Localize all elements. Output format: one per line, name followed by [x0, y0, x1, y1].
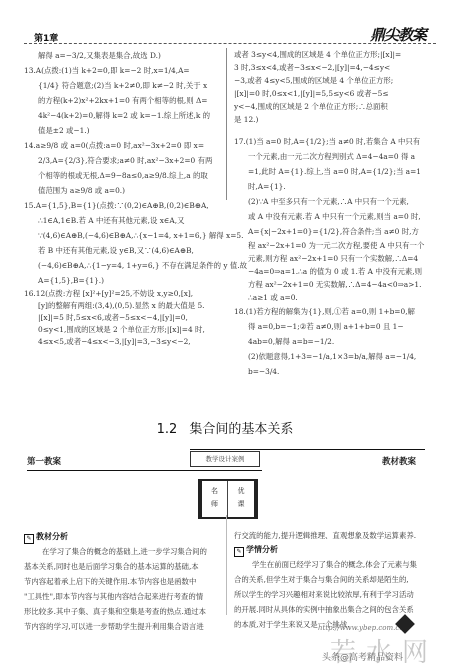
analysis-line: "工具性",即本节内容与其他内容结合起来进行考查的情: [24, 589, 224, 604]
banner-left-label: 第一教案: [27, 455, 61, 467]
answer-line: |[x]|=0 时,0≤x<1,|[y]|=5,5≤y<6 或者−5≤: [234, 87, 442, 100]
textbook-analysis: ✎教材分析 在学习了集合的概念的基础上,进一步学习集合间的 基本关系,同时也是后…: [24, 530, 224, 634]
answer-line: 14.a≥9/8 或 a=0(点拨:a=0 时,ax²−3x+2=0 即 x=: [24, 138, 224, 153]
analysis-line: 在学习了集合的概念的基础上,进一步学习集合间的: [24, 544, 224, 559]
answer-line: 4ab=0,解得 a=b=−1/2.: [234, 334, 442, 349]
answer-line: |[x]|=5 时,5≤x<6,或者−5≤x<−4,|[y]|=0,: [24, 312, 224, 324]
answer-line: −4a=0⇒a=1.∴a 的值为 0 或 1.若 A 中没有元素,则: [234, 265, 442, 278]
analysis-continuation: 行交流的能力,提升逻辑推理、直观想象及数学运算素养.: [234, 528, 442, 543]
analysis-line: 学生在前面已经学习了集合的概念,体会了元素与集: [234, 557, 442, 572]
answer-line: 16.12(点拨:方程 [x]²+[y]²=25,不妨设 x,y≥0,[x],: [24, 288, 224, 300]
analysis-heading: ✎教材分析: [24, 530, 224, 544]
analysis-line: 节内容的学习,可以进一步帮助学生提升利用集合语言进: [24, 619, 224, 634]
answer-line: 一个元素,由一元二次方程判别式 Δ=4−4a=0 得 a: [234, 149, 442, 164]
answer-line: 2/3,A={2/3},符合要求;a≠0 时,ax²−3x+2=0 有两: [24, 153, 224, 168]
answer-line: (2)依题意得,1+3=−1/a,1×3=b/a,解得 a=−1/4,: [234, 349, 442, 364]
answer-line: {1/4} 符合题意;(2)当 k+2≠0,即 k≠−2 时,关于 x: [24, 78, 224, 93]
answer-line: A={1,5},B={1}.): [24, 273, 224, 288]
answer-line: 3 时,3≤x<4,或者−3≤x<−2,|[y]|=4,−4≤y<: [234, 61, 442, 74]
answer-line: 值是±2 或−1.): [24, 123, 224, 138]
banner-right-label: 教材教案: [382, 455, 416, 467]
answer-line: 18.(1)若方程的解集为{1},则,①若 a=0,则 1+b=0,解: [234, 304, 442, 319]
pen-box-icon: ✎: [24, 534, 34, 544]
answer-line: (−4,6)∈B⊕A,∴{1−y=4, 1+y=6,} 不存在满足条件的 y 值…: [24, 258, 224, 273]
scroll-banner-icon: 教学设计案例: [190, 451, 260, 467]
section-title: 1.2集合间的基本关系: [0, 418, 450, 437]
answer-line: 方程 ax²−2x+1=0 无实数解,∴Δ=4−4a<0⇒a>1.: [234, 278, 442, 291]
answer-line: b=−3/4.: [234, 364, 442, 379]
book-left-page: 名 师: [202, 481, 228, 517]
analysis-line: 节内容起着承上启下的关键作用.本节内容也是函数中: [24, 574, 224, 589]
answer-line: y<−4,围成的区域是 2 个单位正方形;∴总面积: [234, 100, 442, 113]
student-analysis-heading: ✎学情分析: [234, 543, 442, 557]
banner-rule-top: [190, 449, 425, 450]
brand-logo: 鼎尖教案: [370, 24, 426, 45]
answer-line: 值范围为 a≥9/8 或 a=0.): [24, 183, 224, 198]
analysis-heading-text: 教材分析: [36, 532, 68, 541]
answer-line: ∴1∈A,1∈B.若 A 中还有其他元素,设 x∈A,又: [24, 213, 224, 228]
answer-line: [y]的整解有两组:(3,4),(0,5).显然 x 的最大值是 5.: [24, 300, 224, 312]
answer-line: 13.A(点拨:(1)当 k+2=0,即 k=−2 时,x=1/4,A=: [24, 63, 224, 78]
answer-line: 4≤x<5,或者−4≤x<−3,|[y]|=3,−3≤y<−2,: [24, 336, 224, 348]
answer-line: 的方程(k+2)x²+2kx+1=0 有两个相等的根,则 Δ=: [24, 93, 224, 108]
column-divider: [226, 48, 227, 200]
section-name: 集合间的基本关系: [189, 422, 293, 437]
right-answers: 或者 3≤y<4,围成的区域是 4 个单位正方形;|[x]|= 3 时,3≤x<…: [234, 48, 442, 379]
analysis-line: 基本关系,同时也是后面学习集合的基本运算的基础,本: [24, 559, 224, 574]
pen-box-icon: ✎: [234, 547, 244, 557]
analysis-line: 形比较多.其中子集、真子集和空集是考查的热点.通过本: [24, 604, 224, 619]
header-divider: [24, 43, 436, 44]
section-number: 1.2: [157, 422, 178, 437]
analysis-line: 合的关系,但学生对于集合与集合间的关系却是陌生的,: [234, 572, 442, 587]
book-char: 优: [228, 485, 254, 498]
column-divider-lower: [226, 515, 227, 615]
answer-line: =1,此时 A={1}.综上,当 a=0 时,A={1/2};当 a=1: [234, 164, 442, 179]
answer-line: 4k²−4(k+2)=0,解得 k=2 或 k=−1.综上所述,k 的: [24, 108, 224, 123]
analysis-line: 所以学生的学习兴趣相对来说比较浓厚,有利于学习活动: [234, 587, 442, 602]
student-analysis-heading-text: 学情分析: [246, 545, 278, 554]
student-analysis: 行交流的能力,提升逻辑推理、直观想象及数学运算素养. ✎学情分析 学生在前面已经…: [234, 528, 442, 632]
analysis-line: 的开展.同时从具体的实例中抽象出集合之间的包含关系: [234, 602, 442, 617]
answer-line: 个相等的根或无根,Δ=9−8a≤0,a≥9/8.综上,a 的取: [24, 168, 224, 183]
answer-line: A={x|−2x+1=0}={1/2},符合条件;当 a≠0 时,方: [234, 224, 442, 239]
answer-line: −3,或者 4≤y<5,围成的区域是 4 个单位正方形;: [234, 74, 442, 87]
book-char: 师: [202, 498, 227, 511]
banner-rule-bottom: [27, 470, 262, 471]
watermark-caption: 头条@高考精品资料: [322, 650, 403, 663]
answer-line: 0≤y<1,围成的区域是 2 个单位正方形;|[x]|=4 时,: [24, 324, 224, 336]
answer-line: 是 12.): [234, 113, 442, 126]
answer-line: ∵(4,6)∈A⊕B,(−4,6)∈B⊕A,∴{x−1=4, x+1=6,} 解…: [24, 228, 224, 243]
book-right-page: 优 课: [228, 481, 254, 517]
answer-line: 或者 3≤y<4,围成的区域是 4 个单位正方形;|[x]|=: [234, 48, 442, 61]
answer-line: (2)∵A 中至多只有一个元素,∴A 中只有一个元素,: [234, 194, 442, 209]
answer-line: 17.(1)当 a=0 时,A={1/2};当 a≠0 时,若集合 A 中只有: [234, 134, 442, 149]
answer-line: 15.A={1,5},B={1}(点拨:∵(0,2)∈A⊕B,(0,2)∈B⊕A…: [24, 198, 224, 213]
answer-line: 元素,则方程 ax²−2x+1=0 只有一个实数解,∴Δ=4: [234, 252, 442, 265]
book-char: 名: [202, 485, 227, 498]
book-char: 课: [228, 498, 254, 511]
answer-line: 解得 a=−3/2,又集表是集合,故选 D.): [24, 48, 224, 63]
answer-line: 程 ax²−2x+1=0 为一元二次方程,要使 A 中只有一个: [234, 239, 442, 252]
watermark-url: http://www.ybep.com.cn: [318, 624, 404, 632]
answer-line: 得 a=0,b=−1;②若 a≠0,则 a+1+b=0 且 1−: [234, 319, 442, 334]
open-book-icon: 名 师 优 课: [198, 479, 258, 519]
answer-line: 若 B 中还有其他元素,设 y∈B,又∵(4,6)∈A⊕B,: [24, 243, 224, 258]
answer-line: 时,A={1}.: [234, 179, 442, 194]
answer-line: 或 A 中没有元素.若 A 中只有一个元素,则当 a=0 时,: [234, 209, 442, 224]
answer-line: ∴a≥1 或 a=0.: [234, 291, 442, 304]
left-answers: 解得 a=−3/2,又集表是集合,故选 D.) 13.A(点拨:(1)当 k+2…: [24, 48, 224, 348]
